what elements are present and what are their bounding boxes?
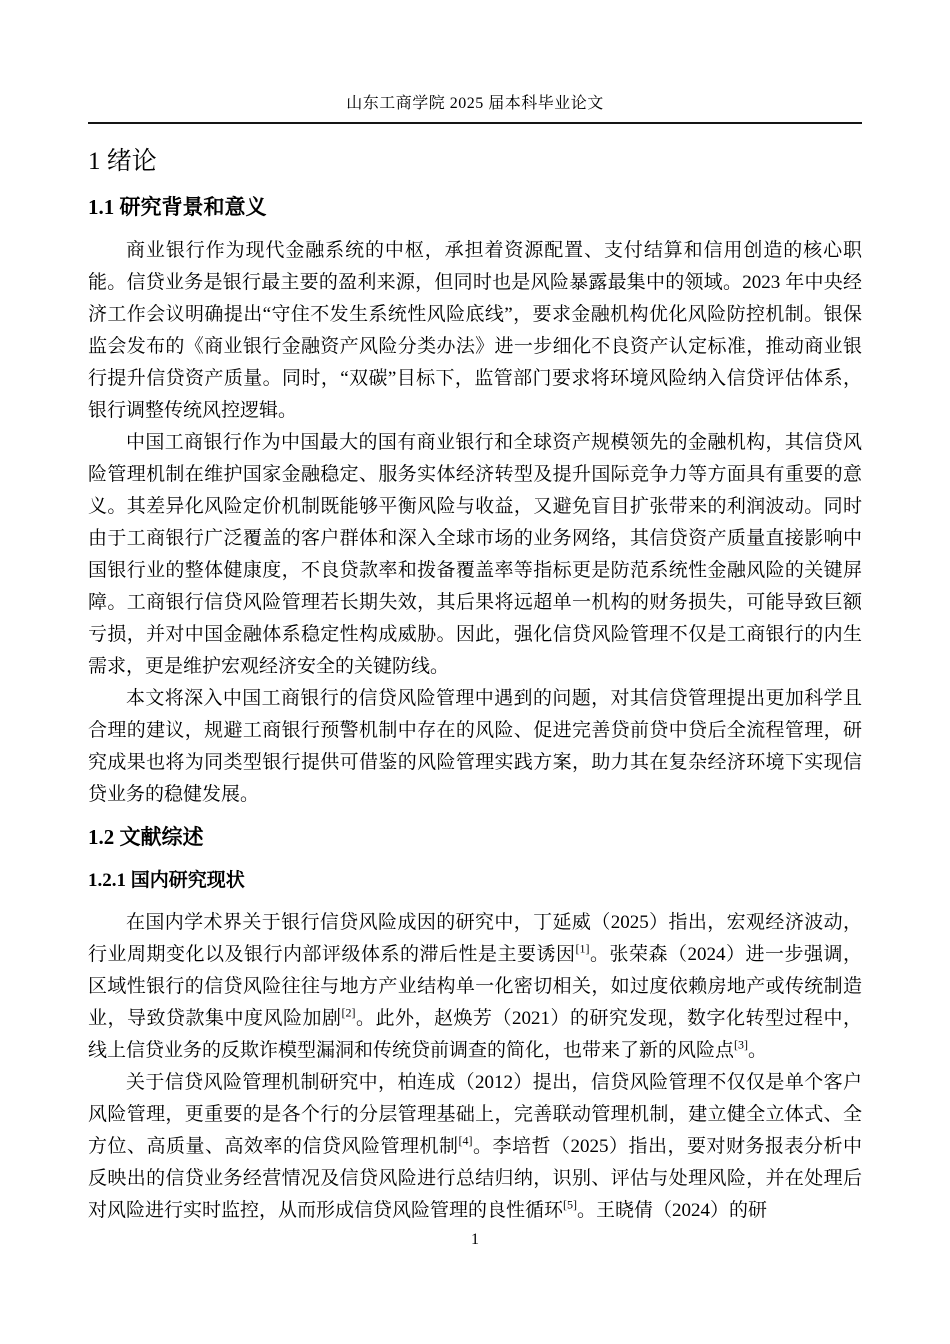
paragraph-domestic-research-1: 在国内学术界关于银行信贷风险成因的研究中，丁延威（2025）指出，宏观经济波动，… xyxy=(88,907,862,1067)
citation-ref-4: [4] xyxy=(459,1134,473,1148)
page-header: 山东工商学院 2025 届本科毕业论文 xyxy=(88,0,862,124)
page-number: 1 xyxy=(471,1231,479,1248)
paragraph-background-3: 本文将深入中国工商银行的信贷风险管理中遇到的问题，对其信贷管理提出更加科学且合理… xyxy=(88,683,862,811)
thesis-page: 山东工商学院 2025 届本科毕业论文 1 绪论 1.1 研究背景和意义 商业银… xyxy=(0,0,950,1344)
citation-ref-1: [1] xyxy=(575,942,589,956)
citation-ref-3: [3] xyxy=(734,1038,748,1052)
subsection-title-1-2-1: 1.2.1 国内研究现状 xyxy=(88,867,862,894)
paragraph-background-1: 商业银行作为现代金融系统的中枢，承担着资源配置、支付结算和信用创造的核心职能。信… xyxy=(88,235,862,427)
paragraph-text: 。 xyxy=(748,1040,767,1061)
citation-ref-5: [5] xyxy=(563,1198,577,1212)
section-title-1-1: 1.1 研究背景和意义 xyxy=(88,193,862,222)
paragraph-text: 。王晓倩（2024）的研 xyxy=(577,1200,767,1221)
paragraph-domestic-research-2: 关于信贷风险管理机制研究中，柏连成（2012）提出，信贷风险管理不仅仅是单个客户… xyxy=(88,1067,862,1227)
citation-ref-2: [2] xyxy=(342,1006,356,1020)
header-title: 山东工商学院 2025 届本科毕业论文 xyxy=(346,95,604,112)
section-title-1-2: 1.2 文献综述 xyxy=(88,823,862,852)
page-footer: 1 xyxy=(0,1230,950,1250)
paragraph-background-2: 中国工商银行作为中国最大的国有商业银行和全球资产规模领先的金融机构，其信贷风险管… xyxy=(88,427,862,683)
chapter-title: 1 绪论 xyxy=(88,145,862,179)
